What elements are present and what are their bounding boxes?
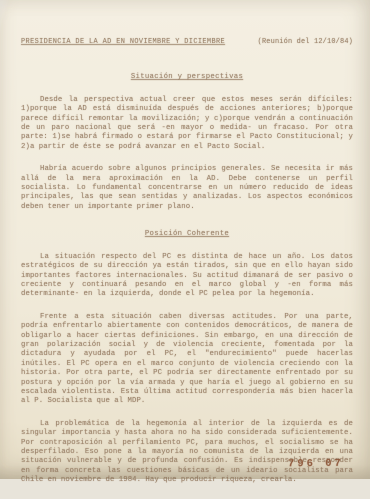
paragraph: La situación respecto del PC es distinta…: [21, 253, 353, 300]
document-content: PRESIDENCIA DE LA AD EN NOVIEMBRE Y DICI…: [21, 38, 353, 479]
paragraph: Habría acuerdo sobre algunos principios …: [21, 165, 353, 212]
document-title: PRESIDENCIA DE LA AD EN NOVIEMBRE Y DICI…: [21, 38, 225, 47]
section-heading-situacion: Situación y perspectivas: [21, 73, 353, 82]
paragraph: Frente a esta situación caben diversas a…: [21, 313, 353, 407]
meeting-date: (Reunión del 12/10/84): [258, 38, 353, 47]
scanned-document-page: PRESIDENCIA DE LA AD EN NOVIEMBRE Y DICI…: [0, 0, 370, 479]
section-heading-posicion: Posición Coherente: [21, 230, 353, 239]
document-header: PRESIDENCIA DE LA AD EN NOVIEMBRE Y DICI…: [21, 38, 353, 47]
paragraph: Desde la perspectiva actual creer que es…: [21, 96, 353, 152]
page-number-stamp: 796 07: [288, 458, 344, 470]
